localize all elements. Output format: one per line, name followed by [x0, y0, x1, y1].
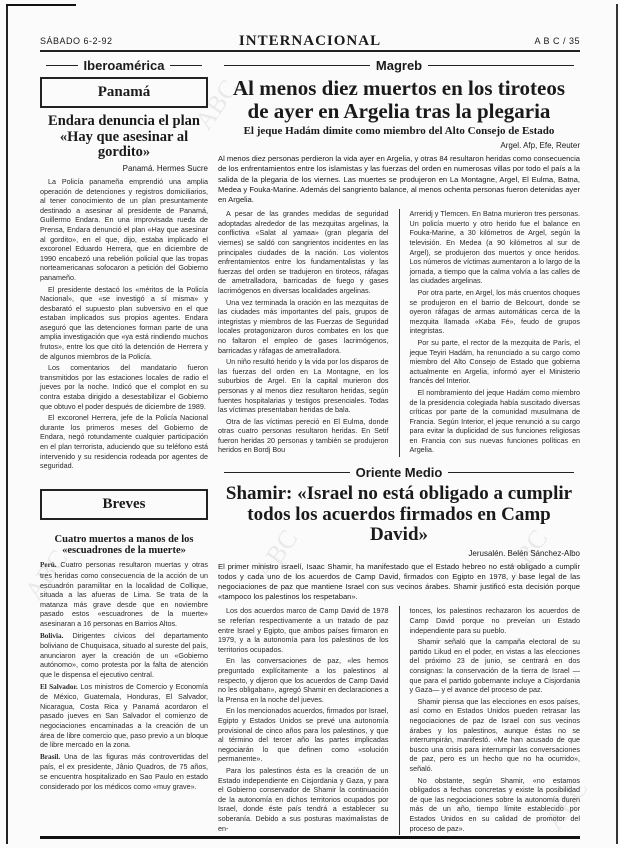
body-column: Arreridj y Tlemcen. En Batna murieron tr…: [410, 209, 581, 457]
column-divider: [399, 209, 400, 457]
kicker-iberoamerica: Iberoamérica: [40, 58, 208, 73]
section-title: INTERNACIONAL: [40, 33, 580, 50]
paragraph: Shamir piensa que las elecciones en esos…: [410, 697, 581, 774]
paragraph: tonces, los palestinos rechazaron los ac…: [410, 606, 581, 635]
lead-paragraph: Al menos diez personas perdieron la vida…: [218, 154, 580, 205]
scan-edge-left: [6, 4, 8, 844]
paragraph: El presidente destacó los «méritos de la…: [40, 285, 208, 362]
paragraph: Para los palestinos ésta es la creación …: [218, 766, 389, 833]
breve-item: Bolivia. Dirigentes cívicos del departam…: [40, 631, 208, 680]
breve-item: Perú. Cuatro personas resultaron muertas…: [40, 560, 208, 628]
paragraph: Los dos acuerdos marco de Camp David de …: [218, 606, 389, 654]
body-columns: A pesar de las grandes medidas de seguri…: [218, 209, 580, 457]
paragraph: El excoronel Herrera, jefe de la Policía…: [40, 413, 208, 471]
breve-text: Cuatro personas resultaron muertas y otr…: [40, 560, 208, 628]
breves-headline-1: Cuatro muertos a manos de los: [40, 534, 208, 545]
headline-line-1: Al menos diez muertos en los tiroteos: [218, 77, 580, 100]
paragraph: La Policía panameña emprendió una amplia…: [40, 177, 208, 283]
subheadline: El jeque Hadám dimite como miembro del A…: [218, 126, 580, 138]
headline-line-1: Shamir: «Israel no está obligado a cumpl…: [218, 484, 580, 505]
paragraph: Arreridj y Tlemcen. En Batna murieron tr…: [410, 209, 581, 286]
byline: Jerusalén. Belén Sánchez-Albo: [218, 549, 580, 558]
article-argelia: Magreb Al menos diez muertos en los tiro…: [218, 58, 580, 457]
paragraph: En los mencionados acuerdos, firmados po…: [218, 706, 389, 764]
headline-line-2: todos los acuerdos firmados en Camp Davi…: [218, 505, 580, 546]
byline: Panamá. Hermes Sucre: [40, 164, 208, 173]
paragraph: Los comentarios del mandatario fueron tr…: [40, 363, 208, 411]
kicker-oriente-medio: Oriente Medio: [218, 465, 580, 480]
scan-edge-right: [616, 4, 618, 844]
paragraph: A pesar de las grandes medidas de seguri…: [218, 209, 389, 295]
breve-country: Perú.: [40, 561, 57, 569]
article-endara: Endara denuncia el plan «Hay que asesina…: [40, 114, 208, 471]
column-divider: [399, 606, 400, 835]
breve-text: Dirigentes cívicos del departamento boli…: [40, 631, 208, 679]
folio-rule: [40, 50, 580, 52]
scan-mark: [6, 4, 76, 6]
body-columns: Los dos acuerdos marco de Camp David de …: [218, 606, 580, 835]
breves-headline-2: «escuadrones de la muerte»: [40, 545, 208, 556]
paragraph: Una vez terminada la oración en las mezq…: [218, 298, 389, 356]
box-panama: Panamá: [40, 77, 208, 108]
right-column: Magreb Al menos diez muertos en los tiro…: [218, 56, 580, 835]
page-folio: SÁBADO 6-2-92 INTERNACIONAL A B C / 35: [40, 33, 580, 51]
paragraph: El nombramiento del jeque Hadám como mie…: [410, 388, 581, 455]
body-column: tonces, los palestinos rechazaron los ac…: [410, 606, 581, 835]
body-column: Los dos acuerdos marco de Camp David de …: [218, 606, 389, 835]
breve-item: El Salvador. Los ministros de Comercio y…: [40, 682, 208, 750]
breve-country: Bolivia.: [40, 632, 63, 640]
page-number: A B C / 35: [534, 36, 580, 46]
paragraph: Shamir señaló que la campaña electoral d…: [410, 637, 581, 695]
bottom-rule: [40, 836, 580, 839]
lead-paragraph: El primer ministro israelí, Isaac Shamir…: [218, 562, 580, 603]
kicker-magreb: Magreb: [218, 58, 580, 73]
body-column: A pesar de las grandes medidas de seguri…: [218, 209, 389, 457]
paragraph: Un niño resultó herido y la vida por los…: [218, 357, 389, 415]
breve-text: Los ministros de Comercio y Economía de …: [40, 682, 208, 750]
breve-country: Brasil.: [40, 753, 60, 761]
box-breves: Breves: [40, 489, 208, 520]
left-column: Iberoamérica Panamá Endara denuncia el p…: [40, 56, 208, 793]
byline: Argel. Afp, Efe, Reuter: [218, 141, 580, 150]
paragraph: En las conversaciones de paz, «les hemos…: [218, 656, 389, 704]
paragraph: Por su parte, el rector de la mezquita d…: [410, 338, 581, 386]
paragraph: Otra de las víctimas pereció en El Eulma…: [218, 417, 389, 455]
headline-line-2: «Hay que asesinar al gordito»: [40, 130, 208, 161]
headline-line-2: de ayer en Argelia tras la plegaria: [218, 100, 580, 123]
article-shamir: Oriente Medio Shamir: «Israel no está ob…: [218, 465, 580, 835]
breve-country: El Salvador.: [40, 683, 78, 691]
breve-item: Brasil. Una de las figuras más controver…: [40, 752, 208, 791]
paragraph: Por otra parte, en Argel, los más cruent…: [410, 288, 581, 336]
newspaper-page: ABC ABC ABC ABC ABC SÁBADO 6-2-92 INTERN…: [0, 0, 620, 848]
breve-text: Una de las figuras más controvertidas de…: [40, 752, 208, 791]
headline-line-1: Endara denuncia el plan: [40, 114, 208, 130]
paragraph: No obstante, según Shamir, «no estamos o…: [410, 776, 581, 834]
